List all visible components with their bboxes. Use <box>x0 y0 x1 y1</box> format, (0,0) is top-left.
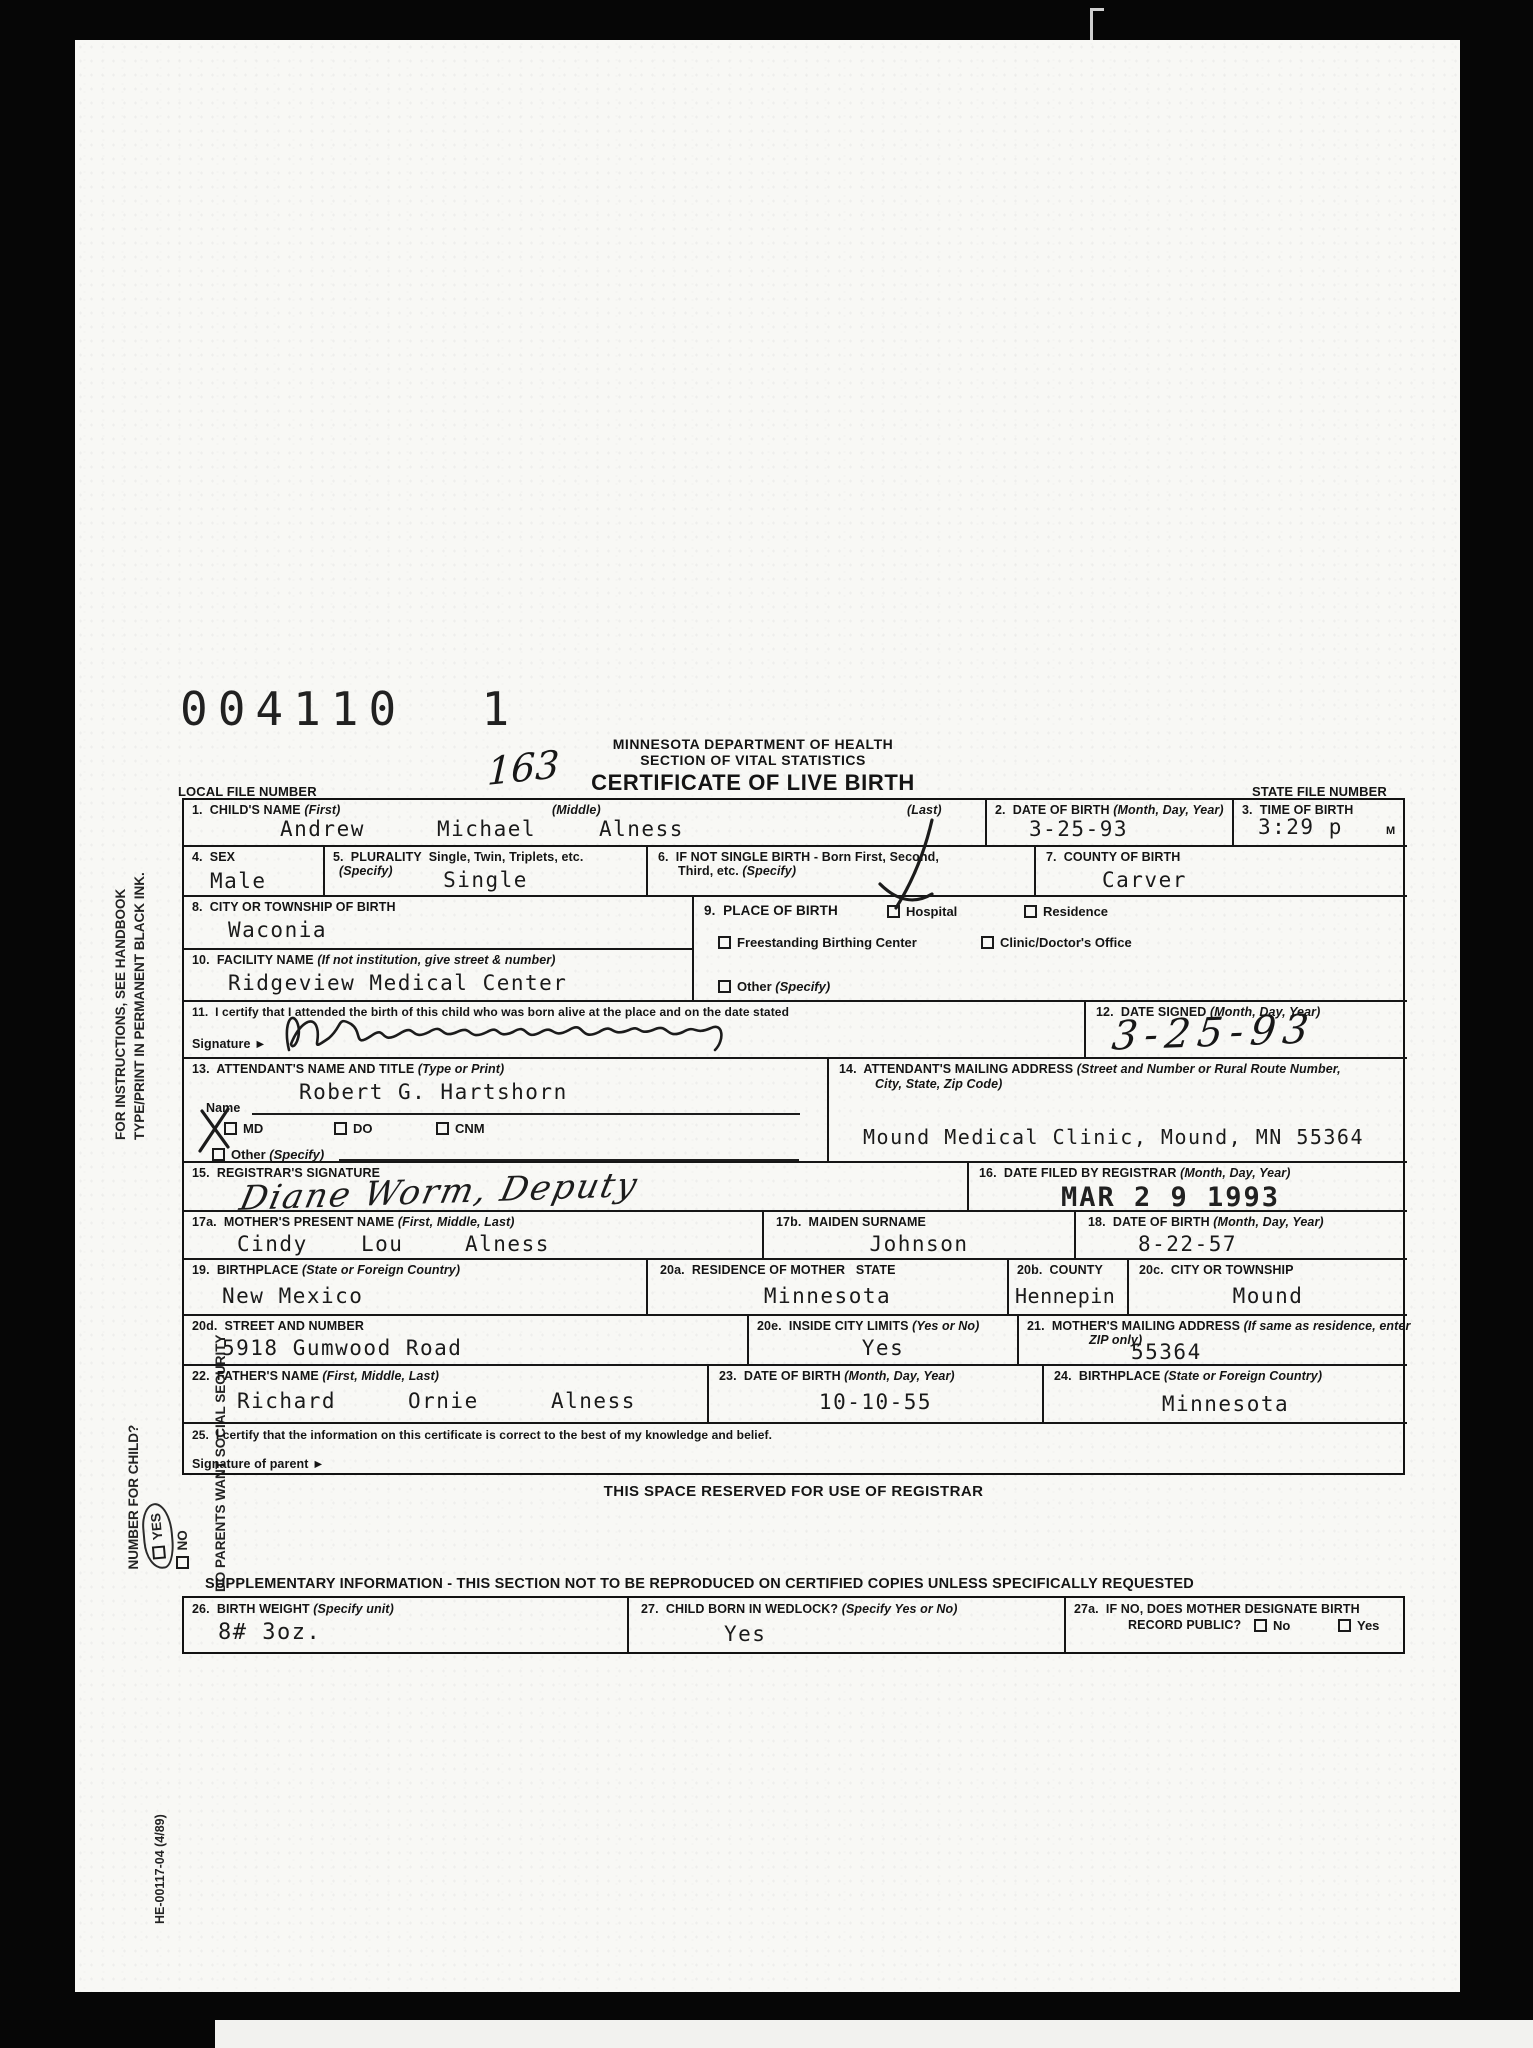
document-header: MINNESOTA DEPARTMENT OF HEALTH SECTION O… <box>503 736 1003 796</box>
child-first-name-value: Andrew <box>280 817 365 841</box>
form-number: HE-00117-04 (4/89) <box>153 1814 167 1924</box>
header-section: SECTION OF VITAL STATISTICS <box>503 752 1003 768</box>
birth-weight-value: 8# 3oz. <box>218 1620 321 1645</box>
mother-dob-label: 18. DATE OF BIRTH <box>1088 1215 1210 1229</box>
mother-city-label: 20c. CITY OR TOWNSHIP <box>1139 1263 1294 1277</box>
date-of-birth-value: 3-25-93 <box>1029 817 1128 841</box>
inside-city-value: Yes <box>749 1336 1017 1360</box>
father-birthplace-hint: (State or Foreign Country) <box>1164 1369 1322 1383</box>
attendant-other-hint: (Specify) <box>269 1147 324 1162</box>
mother-last-name-value: Alness <box>465 1232 550 1256</box>
wedlock-label: 27. CHILD BORN IN WEDLOCK? <box>641 1602 838 1616</box>
street-number-value: 5918 Gumwood Road <box>222 1336 462 1360</box>
mother-mailing-label: 21. MOTHER'S MAILING ADDRESS <box>1027 1319 1240 1333</box>
field-facility-name: 10. FACILITY NAME (If not institution, g… <box>184 948 692 1000</box>
mother-name-label: 17a. MOTHER'S PRESENT NAME <box>192 1215 394 1229</box>
cnm-label: CNM <box>455 1121 485 1136</box>
field-attendant-name: 13. ATTENDANT'S NAME AND TITLE (Type or … <box>184 1057 827 1161</box>
birth-weight-hint: (Specify unit) <box>313 1602 394 1616</box>
date-of-birth-label: 2. DATE OF BIRTH <box>995 803 1110 817</box>
field-county-of-birth: 7. COUNTY OF BIRTH Carver <box>1034 845 1407 895</box>
record-public-option-no: No <box>1254 1618 1290 1633</box>
record-public-yes-label: Yes <box>1357 1618 1379 1633</box>
attendant-other-checkbox <box>212 1148 225 1161</box>
child-name-label: 1. CHILD'S NAME <box>192 803 301 817</box>
ssn-yes-circled: YES <box>140 1502 176 1570</box>
certificate-table: 1. CHILD'S NAME (First) (Middle) (Last) … <box>182 798 1405 1475</box>
margin-ink-line1: TYPE/PRINT IN PERMANENT BLACK INK. <box>130 872 149 1140</box>
attendant-option-other: Other (Specify) <box>212 1147 324 1162</box>
field-record-public: 27a. IF NO, DOES MOTHER DESIGNATE BIRTH … <box>1064 1598 1407 1652</box>
child-name-hint-last: (Last) <box>907 803 942 817</box>
time-of-birth-suffix: M <box>1386 825 1395 837</box>
city-of-birth-label: 8. CITY OR TOWNSHIP OF BIRTH <box>192 900 396 914</box>
field-mother-dob: 18. DATE OF BIRTH (Month, Day, Year) 8-2… <box>1074 1210 1407 1258</box>
field-mother-mailing-address: 21. MOTHER'S MAILING ADDRESS (If same as… <box>1017 1314 1407 1364</box>
place-other-hint: (Specify) <box>775 979 830 994</box>
record-public-option-yes: Yes <box>1338 1618 1379 1633</box>
facility-label: 10. FACILITY NAME <box>192 953 314 967</box>
field-father-name: 22. FATHER'S NAME (First, Middle, Last) … <box>184 1364 707 1422</box>
mother-mailing-hint1: (If same as residence, enter <box>1244 1319 1411 1333</box>
plurality-value: Single <box>325 868 646 892</box>
attendant-option-do: DO <box>334 1121 373 1136</box>
date-filed-label: 16. DATE FILED BY REGISTRAR <box>979 1166 1177 1180</box>
attendant-other-label: Other <box>231 1147 266 1162</box>
parent-signature-label: Signature of parent ► <box>192 1457 325 1471</box>
residence-label: Residence <box>1043 904 1108 919</box>
residence-checkbox <box>1024 905 1037 918</box>
freestanding-label: Freestanding Birthing Center <box>737 935 917 950</box>
mother-dob-hint: (Month, Day, Year) <box>1213 1215 1323 1229</box>
child-name-hint-middle: (Middle) <box>552 803 601 817</box>
field-city-of-birth: 8. CITY OR TOWNSHIP OF BIRTH Waconia <box>184 895 692 948</box>
not-single-label2: Third, etc. <box>678 864 739 878</box>
maiden-surname-label: 17b. MAIDEN SURNAME <box>776 1215 926 1229</box>
place-other-label: Other <box>737 979 772 994</box>
margin-ink-note: FOR INSTRUCTIONS, SEE HANDBOOK TYPE/PRIN… <box>111 872 149 1140</box>
field-not-single-birth: 6. IF NOT SINGLE BIRTH - Born First, Sec… <box>646 845 1034 895</box>
md-label: MD <box>243 1121 263 1136</box>
date-filed-stamp: MAR 2 9 1993 <box>1061 1182 1280 1213</box>
do-label: DO <box>353 1121 373 1136</box>
facility-hint: (If not institution, give street & numbe… <box>317 953 555 967</box>
place-option-clinic: Clinic/Doctor's Office <box>981 935 1132 950</box>
hospital-checkmark <box>872 818 950 920</box>
field-date-signed: 12. DATE SIGNED (Month, Day, Year) 3-25-… <box>1084 1000 1407 1057</box>
file-stamp-number: 004110 1 <box>180 682 519 736</box>
father-name-label: 22. FATHER'S NAME <box>192 1369 319 1383</box>
street-number-label: 20d. STREET AND NUMBER <box>192 1319 364 1333</box>
local-file-number-label: LOCAL FILE NUMBER <box>178 784 317 799</box>
father-dob-hint: (Month, Day, Year) <box>844 1369 954 1383</box>
maiden-surname-value: Johnson <box>764 1232 1074 1256</box>
attendant-other-line <box>339 1147 799 1161</box>
record-public-no-label: No <box>1273 1618 1290 1633</box>
field-parent-certification: 25. I certify that the information on th… <box>184 1422 1407 1475</box>
local-file-number-value: 163 <box>486 742 560 794</box>
field-father-dob: 23. DATE OF BIRTH (Month, Day, Year) 10-… <box>707 1364 1042 1422</box>
freestanding-checkbox <box>718 936 731 949</box>
field-place-of-birth: 9. PLACE OF BIRTH Hospital Residence Fre… <box>692 895 1407 1000</box>
inside-city-hint: (Yes or No) <box>912 1319 979 1333</box>
mother-birthplace-label: 19. BIRTHPLACE <box>192 1263 298 1277</box>
field-date-filed: 16. DATE FILED BY REGISTRAR (Month, Day,… <box>967 1161 1407 1210</box>
county-of-birth-value: Carver <box>1102 868 1187 892</box>
margin-ink-line2: FOR INSTRUCTIONS, SEE HANDBOOK <box>111 872 130 1140</box>
attendant-address-label: 14. ATTENDANT'S MAILING ADDRESS <box>839 1062 1073 1076</box>
registrar-space-note: THIS SPACE RESERVED FOR USE OF REGISTRAR <box>182 1483 1405 1500</box>
father-name-hint: (First, Middle, Last) <box>322 1369 439 1383</box>
city-of-birth-value: Waconia <box>228 918 327 942</box>
header-department: MINNESOTA DEPARTMENT OF HEALTH <box>503 736 1003 752</box>
father-dob-value: 10-10-55 <box>709 1390 1042 1414</box>
mother-residence-label: 20a. RESIDENCE OF MOTHER STATE <box>660 1263 896 1277</box>
attendant-name-line <box>252 1101 800 1115</box>
record-public-no-checkbox <box>1254 1619 1267 1632</box>
field-street-number: 20d. STREET AND NUMBER 5918 Gumwood Road <box>184 1314 747 1364</box>
scan-strip <box>215 2020 1533 2048</box>
record-public-label: 27a. IF NO, DOES MOTHER DESIGNATE BIRTH <box>1074 1602 1360 1616</box>
ssn-yes-label: YES <box>148 1513 165 1541</box>
father-dob-label: 23. DATE OF BIRTH <box>719 1369 841 1383</box>
record-public-label2: RECORD PUBLIC? <box>1128 1618 1241 1632</box>
father-birthplace-label: 24. BIRTHPLACE <box>1054 1369 1160 1383</box>
father-birthplace-value: Minnesota <box>1044 1392 1407 1416</box>
mother-first-name-value: Cindy <box>237 1232 308 1256</box>
not-single-hint: (Specify) <box>742 864 796 878</box>
clinic-checkbox <box>981 936 994 949</box>
field-maiden-surname: 17b. MAIDEN SURNAME Johnson <box>762 1210 1074 1258</box>
child-last-name-value: Alness <box>599 817 684 841</box>
attendant-address-hint2: City, State, Zip Code) <box>875 1077 1002 1091</box>
attendant-address-hint1: (Street and Number or Rural Route Number… <box>1077 1062 1341 1076</box>
field-wedlock: 27. CHILD BORN IN WEDLOCK? (Specify Yes … <box>627 1598 1064 1652</box>
time-of-birth-value: 3:29 p <box>1258 815 1343 839</box>
place-option-other: Other (Specify) <box>718 979 830 994</box>
mother-name-hint: (First, Middle, Last) <box>398 1215 515 1229</box>
mother-city-value: Mound <box>1129 1284 1407 1308</box>
mother-county-label: 20b. COUNTY <box>1017 1263 1103 1277</box>
plurality-label: 5. PLURALITY Single, Twin, Triplets, etc… <box>333 850 583 864</box>
do-checkbox <box>334 1122 347 1135</box>
record-public-yes-checkbox <box>1338 1619 1351 1632</box>
attendant-option-md: MD <box>224 1121 263 1136</box>
ssn-question-label: NUMBER FOR CHILD? <box>126 1425 141 1570</box>
field-date-of-birth: 2. DATE OF BIRTH (Month, Day, Year) 3-25… <box>985 800 1232 845</box>
father-middle-name-value: Ornie <box>408 1389 479 1413</box>
father-first-name-value: Richard <box>237 1389 336 1413</box>
field-sex: 4. SEX Male <box>184 845 323 895</box>
certificate-page: 004110 1 MINNESOTA DEPARTMENT OF HEALTH … <box>75 40 1460 1992</box>
field-inside-city-limits: 20e. INSIDE CITY LIMITS (Yes or No) Yes <box>747 1314 1017 1364</box>
date-filed-hint: (Month, Day, Year) <box>1180 1166 1290 1180</box>
field-attendant-address: 14. ATTENDANT'S MAILING ADDRESS (Street … <box>827 1057 1407 1161</box>
attendant-name-label: 13. ATTENDANT'S NAME AND TITLE <box>192 1062 414 1076</box>
sex-value: Male <box>210 869 267 893</box>
field-mother-residence-state: 20a. RESIDENCE OF MOTHER STATE Minnesota <box>646 1258 1007 1314</box>
supplementary-header: SUPPLEMENTARY INFORMATION - THIS SECTION… <box>205 1576 1194 1592</box>
field-father-birthplace: 24. BIRTHPLACE (State or Foreign Country… <box>1042 1364 1407 1422</box>
supplementary-table: 26. BIRTH WEIGHT (Specify unit) 8# 3oz. … <box>182 1596 1405 1654</box>
clinic-label: Clinic/Doctor's Office <box>1000 935 1132 950</box>
mother-birthplace-value: New Mexico <box>222 1284 363 1308</box>
field-mother-birthplace: 19. BIRTHPLACE (State or Foreign Country… <box>184 1258 646 1314</box>
mother-dob-value: 8-22-57 <box>1138 1232 1237 1256</box>
date-of-birth-hint: (Month, Day, Year) <box>1113 803 1223 817</box>
child-name-hint-first: (First) <box>304 803 340 817</box>
place-of-birth-label: 9. PLACE OF BIRTH <box>704 903 838 918</box>
field-mother-name: 17a. MOTHER'S PRESENT NAME (First, Middl… <box>184 1210 762 1258</box>
page-title: CERTIFICATE OF LIVE BIRTH <box>503 770 1003 796</box>
place-option-freestanding: Freestanding Birthing Center <box>718 935 917 950</box>
scanned-document-on-black: { "scan": { "stamp_number": "004110 1", … <box>0 0 1533 2048</box>
county-of-birth-label: 7. COUNTY OF BIRTH <box>1046 850 1180 864</box>
cnm-checkbox <box>436 1122 449 1135</box>
parent-certification-statement: 25. I certify that the information on th… <box>192 1428 772 1442</box>
field-registrar-signature: 15. REGISTRAR'S SIGNATURE Diane Worm, De… <box>184 1161 967 1210</box>
birth-weight-label: 26. BIRTH WEIGHT <box>192 1602 310 1616</box>
mother-birthplace-hint: (State or Foreign Country) <box>302 1263 460 1277</box>
attendant-signature-scrawl <box>279 1006 749 1058</box>
sex-label: 4. SEX <box>192 850 235 864</box>
mother-county-value: Hennepin <box>1015 1284 1115 1308</box>
father-last-name-value: Alness <box>551 1389 636 1413</box>
field-plurality: 5. PLURALITY Single, Twin, Triplets, etc… <box>323 845 646 895</box>
field-mother-county: 20b. COUNTY Hennepin <box>1007 1258 1127 1314</box>
md-checkbox <box>224 1122 237 1135</box>
field-child-name: 1. CHILD'S NAME (First) (Middle) (Last) … <box>184 800 985 845</box>
mother-mailing-value: 55364 <box>1131 1340 1202 1364</box>
field-attendant-certification: 11. I certify that I attended the birth … <box>184 1000 1084 1057</box>
field-mother-city: 20c. CITY OR TOWNSHIP Mound <box>1127 1258 1407 1314</box>
child-middle-name-value: Michael <box>437 817 536 841</box>
state-file-number-label: STATE FILE NUMBER <box>1252 784 1387 799</box>
wedlock-hint: (Specify Yes or No) <box>842 1602 958 1616</box>
field-time-of-birth: 3. TIME OF BIRTH 3:29 p M <box>1232 800 1407 845</box>
ssn-yes-checkbox <box>152 1546 166 1560</box>
attendant-signature-label: Signature ► <box>192 1037 267 1051</box>
date-signed-value: 3-25-93 <box>1110 1006 1318 1059</box>
attendant-name-hint: (Type or Print) <box>418 1062 504 1076</box>
field-birth-weight: 26. BIRTH WEIGHT (Specify unit) 8# 3oz. <box>184 1598 627 1652</box>
mother-middle-name-value: Lou <box>361 1232 403 1256</box>
attendant-address-value: Mound Medical Clinic, Mound, MN 55364 <box>863 1125 1364 1149</box>
facility-value: Ridgeview Medical Center <box>228 971 567 995</box>
inside-city-label: 20e. INSIDE CITY LIMITS <box>757 1319 909 1333</box>
mother-residence-value: Minnesota <box>648 1284 1007 1308</box>
ssn-no-checkbox <box>176 1556 189 1569</box>
wedlock-value: Yes <box>724 1622 766 1646</box>
ssn-no-label: NO <box>175 1530 190 1550</box>
attendant-option-cnm: CNM <box>436 1121 485 1136</box>
place-other-checkbox <box>718 980 731 993</box>
place-option-residence: Residence <box>1024 904 1108 919</box>
